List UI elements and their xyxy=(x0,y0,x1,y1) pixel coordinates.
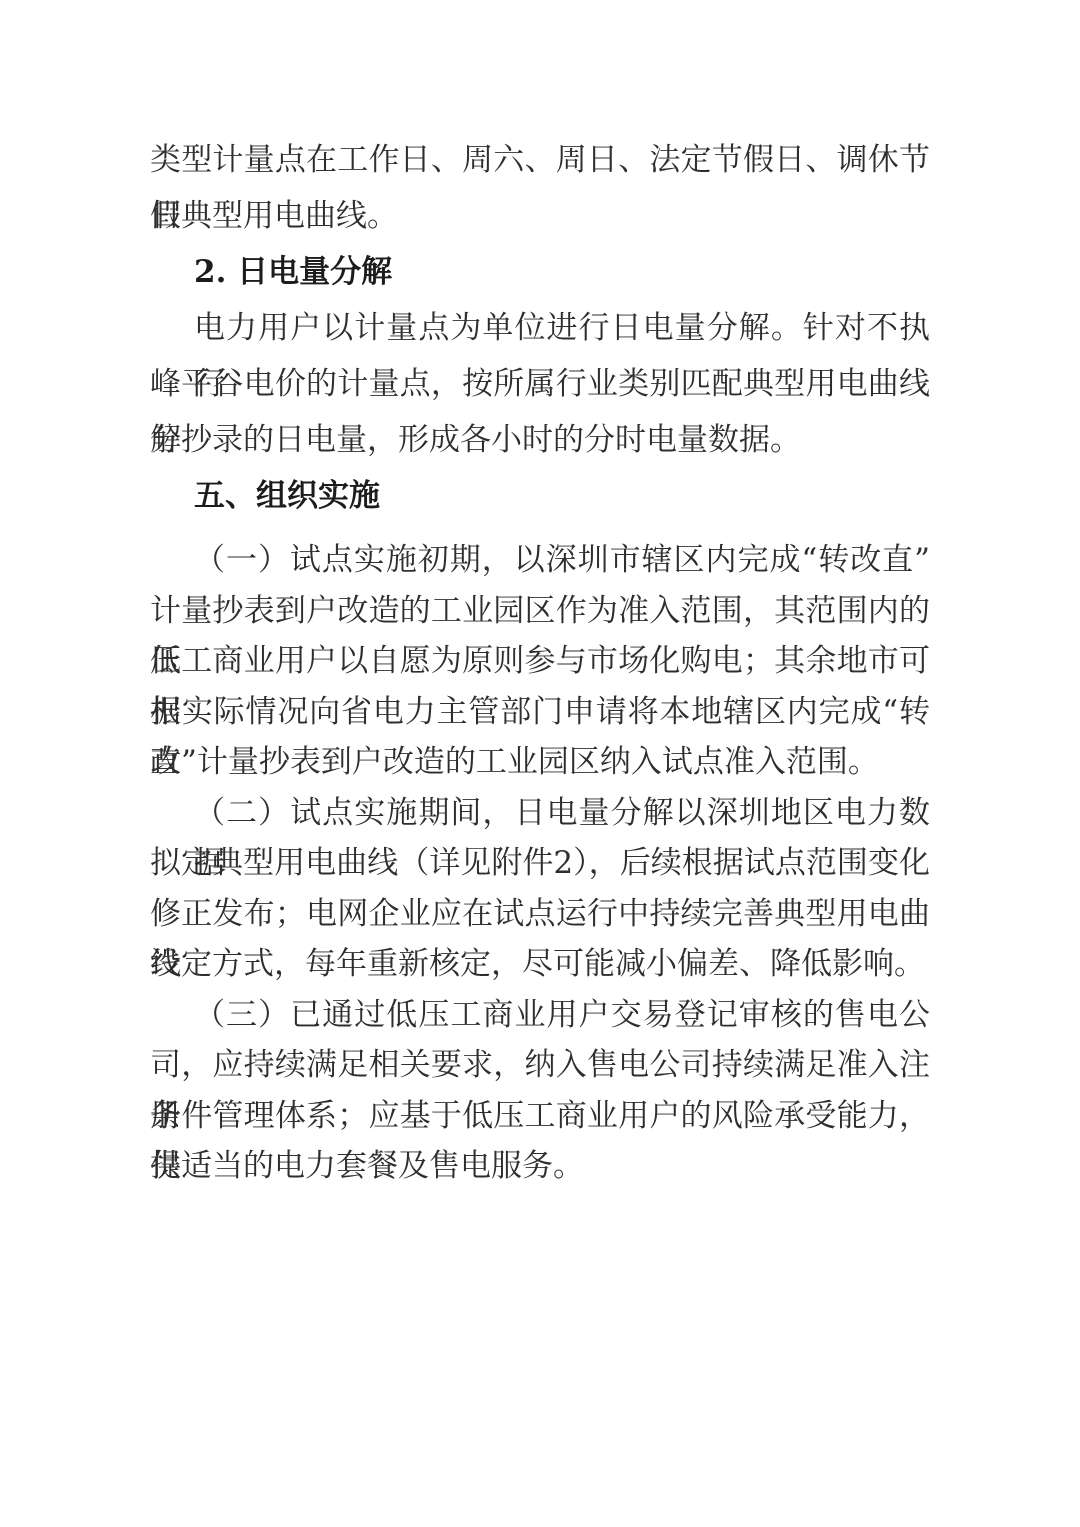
text-line: 供适当的电力套餐及售电服务。 xyxy=(150,1141,930,1192)
text-line: 条件管理体系；应基于低压工商业用户的风险承受能力，提 xyxy=(150,1091,930,1142)
text-line: 电力用户以计量点为单位进行日电量分解。针对不执行 xyxy=(150,300,930,356)
text-line: 修正发布；电网企业应在试点运行中持续完善典型用电曲线 xyxy=(150,889,930,940)
heading-line: 2. 日电量分解 xyxy=(150,244,930,300)
text-line: 解抄录的日电量，形成各小时的分时电量数据。 xyxy=(150,412,930,468)
heading-line: 五、组织实施 xyxy=(150,468,930,524)
text-line: 日典型用电曲线。 xyxy=(150,188,930,244)
text-line: 司，应持续满足相关要求，纳入售电公司持续满足准入注册 xyxy=(150,1040,930,1091)
text-line: 直”计量抄表到户改造的工业园区纳入试点准入范围。 xyxy=(150,737,930,788)
text-line: （二）试点实施期间，日电量分解以深圳地区电力数据 xyxy=(150,788,930,839)
document-page: 类型计量点在工作日、周六、周日、法定节假日、调休节假日典型用电曲线。2. 日电量… xyxy=(0,0,1080,1527)
text-line: （三）已通过低压工商业用户交易登记审核的售电公 xyxy=(150,990,930,1041)
text-line: 压工商业用户以自愿为原则参与市场化购电；其余地市可根 xyxy=(150,636,930,687)
document-body: 类型计量点在工作日、周六、周日、法定节假日、调休节假日典型用电曲线。2. 日电量… xyxy=(150,132,930,1192)
text-line: 拟定典型用电曲线（详见附件2），后续根据试点范围变化 xyxy=(150,838,930,889)
text-line: 类型计量点在工作日、周六、周日、法定节假日、调休节假 xyxy=(150,132,930,188)
text-line: 据实际情况向省电力主管部门申请将本地辖区内完成“转改 xyxy=(150,687,930,738)
text-line: 峰平谷电价的计量点，按所属行业类别匹配典型用电曲线分 xyxy=(150,356,930,412)
text-line: 计量抄表到户改造的工业园区作为准入范围，其范围内的低 xyxy=(150,586,930,637)
text-line: 设定方式，每年重新核定，尽可能减小偏差、降低影响。 xyxy=(150,939,930,990)
text-line: （一）试点实施初期，以深圳市辖区内完成“转改直” xyxy=(150,535,930,586)
